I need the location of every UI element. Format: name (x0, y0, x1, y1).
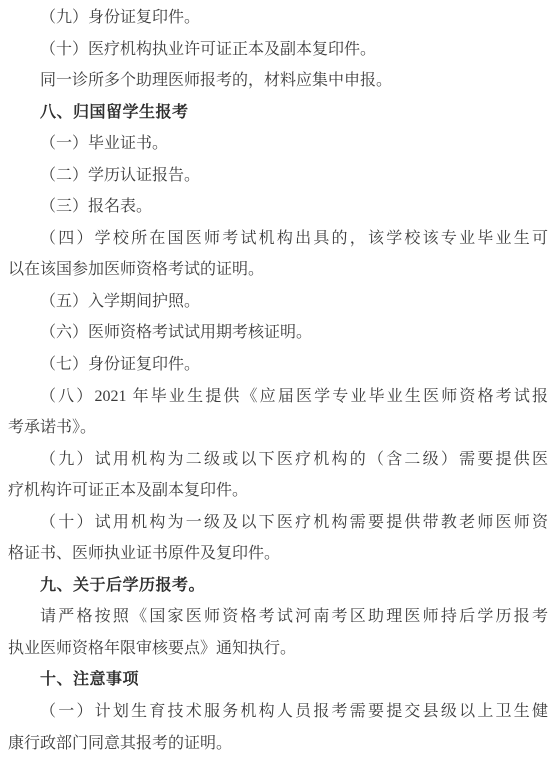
paragraph-line: 执业医师资格年限审核要点》通知执行。 (8, 633, 548, 665)
paragraph-line: （十）医疗机构执业许可证正本及副本复印件。 (8, 34, 548, 66)
paragraph-line: （五）入学期间护照。 (8, 286, 548, 318)
paragraph-line: 康行政部门同意其报考的证明。 (8, 728, 548, 759)
document-page: （九）身份证复印件。（十）医疗机构执业许可证正本及副本复印件。同一诊所多个助理医… (0, 0, 555, 759)
paragraph-line: （十）试用机构为一级及以下医疗机构需要提供带教老师医师资 (8, 507, 548, 539)
paragraph-line: （四）学校所在国医师考试机构出具的，该学校该专业毕业生可 (8, 223, 548, 255)
paragraph-line: 请严格按照《国家医师资格考试河南考区助理医师持后学历报考 (8, 601, 548, 633)
paragraph-line: 考承诺书》。 (8, 412, 548, 444)
paragraph-line: 同一诊所多个助理医师报考的，材料应集中申报。 (8, 65, 548, 97)
paragraph-line: （七）身份证复印件。 (8, 349, 548, 381)
paragraph-line: （二）学历认证报告。 (8, 160, 548, 192)
paragraph-line: （一）毕业证书。 (8, 128, 548, 160)
paragraph-line: （三）报名表。 (8, 191, 548, 223)
paragraph-line: （一）计划生育技术服务机构人员报考需要提交县级以上卫生健 (8, 696, 548, 728)
section-heading: 九、关于后学历报考。 (8, 570, 548, 602)
paragraph-line: 以在该国参加医师资格考试的证明。 (8, 254, 548, 286)
paragraph-line: （九）试用机构为二级或以下医疗机构的（含二级）需要提供医 (8, 444, 548, 476)
paragraph-line: （八）2021 年毕业生提供《应届医学专业毕业生医师资格考试报 (8, 381, 548, 413)
paragraph-line: 疗机构许可证正本及副本复印件。 (8, 475, 548, 507)
paragraph-line: （六）医师资格考试试用期考核证明。 (8, 317, 548, 349)
paragraph-line: 格证书、医师执业证书原件及复印件。 (8, 538, 548, 570)
paragraph-line: （九）身份证复印件。 (8, 2, 548, 34)
section-heading: 八、归国留学生报考 (8, 97, 548, 129)
section-heading: 十、注意事项 (8, 664, 548, 696)
